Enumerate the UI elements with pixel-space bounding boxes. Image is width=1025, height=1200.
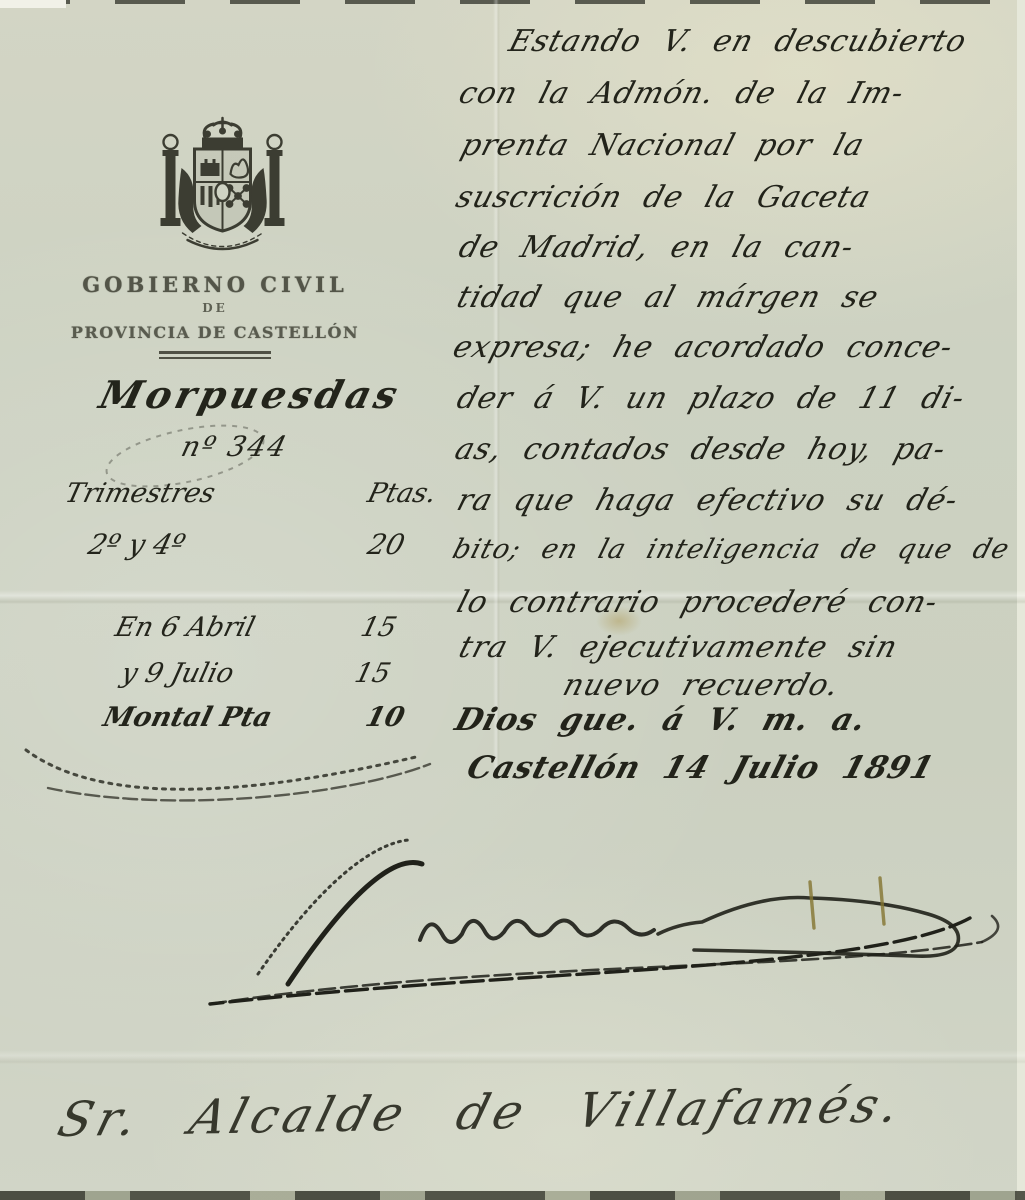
- closing-dateline: Castellón 14 Julio 1891: [463, 750, 939, 786]
- letterhead-double-rule: [159, 351, 271, 359]
- letter-page: GOBIERNO CIVIL DE PROVINCIA DE CASTELLÓN…: [0, 0, 1025, 1200]
- body-line-10: ra que haga efectivo su dé-: [453, 483, 962, 518]
- body-line-6: tidad que al márgen se: [453, 280, 883, 315]
- margin-note-trimestres-unit: Ptas.: [364, 478, 439, 509]
- closing-salutation: Dios gue. á V. m. a.: [451, 702, 871, 738]
- margin-note-date2-value: 15: [352, 658, 394, 689]
- body-line-7: expresa; he acordado conce-: [449, 330, 957, 365]
- letterhead-de-line: DE: [55, 301, 375, 315]
- letterhead-province-line: PROVINCIA DE CASTELLÓN: [55, 323, 375, 342]
- body-line-9: as, contados desde hoy, pa-: [451, 432, 950, 467]
- fold-crease-horizontal-2: [0, 1050, 1025, 1064]
- margin-note-number: nº 344: [178, 430, 292, 463]
- scan-bottom-edge: [0, 1191, 1025, 1200]
- body-line-12: lo contrario procederé con-: [453, 585, 942, 620]
- body-line-3: prenta Nacional por la: [457, 128, 869, 163]
- margin-note-header: Morpuesdas: [95, 372, 406, 417]
- letterhead-org-line: GOBIERNO CIVIL: [55, 272, 375, 297]
- margin-note-date1-label: En 6 Abril: [112, 612, 258, 643]
- body-line-8: der á V. un plazo de 11 di-: [453, 381, 969, 416]
- body-line-13: tra V. ejecutivamente sin: [455, 630, 902, 665]
- margin-note-quarters-value: 20: [364, 528, 408, 561]
- body-line-14: nuevo recuerdo.: [559, 668, 844, 703]
- margin-note-quarters-label: 2º y 4º: [85, 528, 189, 561]
- margin-note-date1-value: 15: [358, 612, 400, 643]
- body-line-4: suscrición de la Gaceta: [452, 180, 875, 215]
- margin-flourish: [18, 718, 438, 808]
- margin-note-date2-label: y 9 Julio: [118, 658, 237, 689]
- body-line-2: con la Admón. de la Im-: [455, 76, 909, 111]
- spanish-coat-of-arms-icon: [135, 112, 310, 267]
- body-line-11: bito; en la inteligencia de que de: [449, 534, 1013, 565]
- letter-body: Estando V. en descubierto con la Admón. …: [447, 0, 1025, 830]
- margin-note-trimestres-label: Trimestres: [62, 478, 218, 509]
- body-line-5: de Madrid, en la can-: [455, 230, 858, 265]
- signature-flourish: [170, 822, 1020, 1022]
- addressee-line: Sr. Alcalde de Villafamés.: [52, 1075, 1025, 1148]
- scan-corner-notch: [0, 0, 66, 8]
- letterhead: GOBIERNO CIVIL DE PROVINCIA DE CASTELLÓN: [55, 272, 375, 359]
- body-line-1: Estando V. en descubierto: [505, 24, 971, 59]
